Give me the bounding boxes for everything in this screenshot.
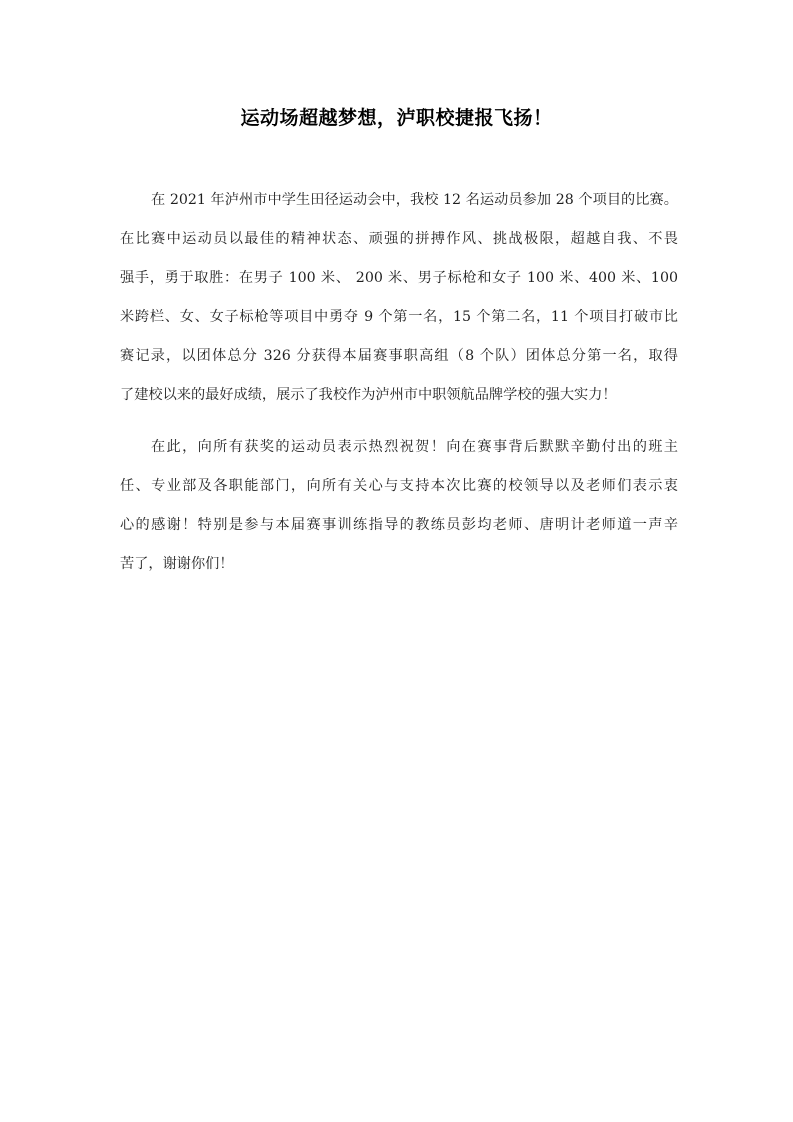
document-title: 运动场超越梦想，泸职校捷报飞扬！ xyxy=(0,106,793,130)
paragraph-2-line-2: 任、专业部及各职能部门，向所有关心与支持本次比赛的校领导以及老师们表示衷 xyxy=(120,467,678,506)
paragraph-2-line-1: 在此，向所有获奖的运动员表示热烈祝贺！向在赛事背后默默辛勤付出的班主 xyxy=(120,428,678,467)
paragraph-1-line-2: 在比赛中运动员以最佳的精神状态、顽强的拼搏作风、挑战极限，超越自我、不畏 xyxy=(120,220,678,259)
paragraph-1-line-5: 赛记录，以团体总分 326 分获得本届赛事职高组（8 个队）团体总分第一名，取得 xyxy=(120,337,678,376)
paragraph-1-line-3: 强手，勇于取胜：在男子 100 米、 200 米、男子标枪和女子 100 米、4… xyxy=(120,259,678,298)
paragraph-1-line-1: 在 2021 年泸州市中学生田径运动会中，我校 12 名运动员参加 28 个项目… xyxy=(120,181,678,220)
paragraph-1-line-4: 米跨栏、女、女子标枪等项目中勇夺 9 个第一名，15 个第二名，11 个项目打破… xyxy=(120,298,678,337)
paragraph-2: 在此，向所有获奖的运动员表示热烈祝贺！向在赛事背后默默辛勤付出的班主 任、专业部… xyxy=(120,428,678,584)
paragraph-2-line-4: 苦了，谢谢你们！ xyxy=(120,545,678,584)
document-page: 运动场超越梦想，泸职校捷报飞扬！ 在 2021 年泸州市中学生田径运动会中，我校… xyxy=(0,0,793,1122)
paragraph-1: 在 2021 年泸州市中学生田径运动会中，我校 12 名运动员参加 28 个项目… xyxy=(120,181,678,415)
paragraph-2-line-3: 心的感谢！特别是参与本届赛事训练指导的教练员彭均老师、唐明计老师道一声辛 xyxy=(120,506,678,545)
paragraph-1-line-6: 了建校以来的最好成绩，展示了我校作为泸州市中职领航品牌学校的强大实力！ xyxy=(120,376,678,415)
